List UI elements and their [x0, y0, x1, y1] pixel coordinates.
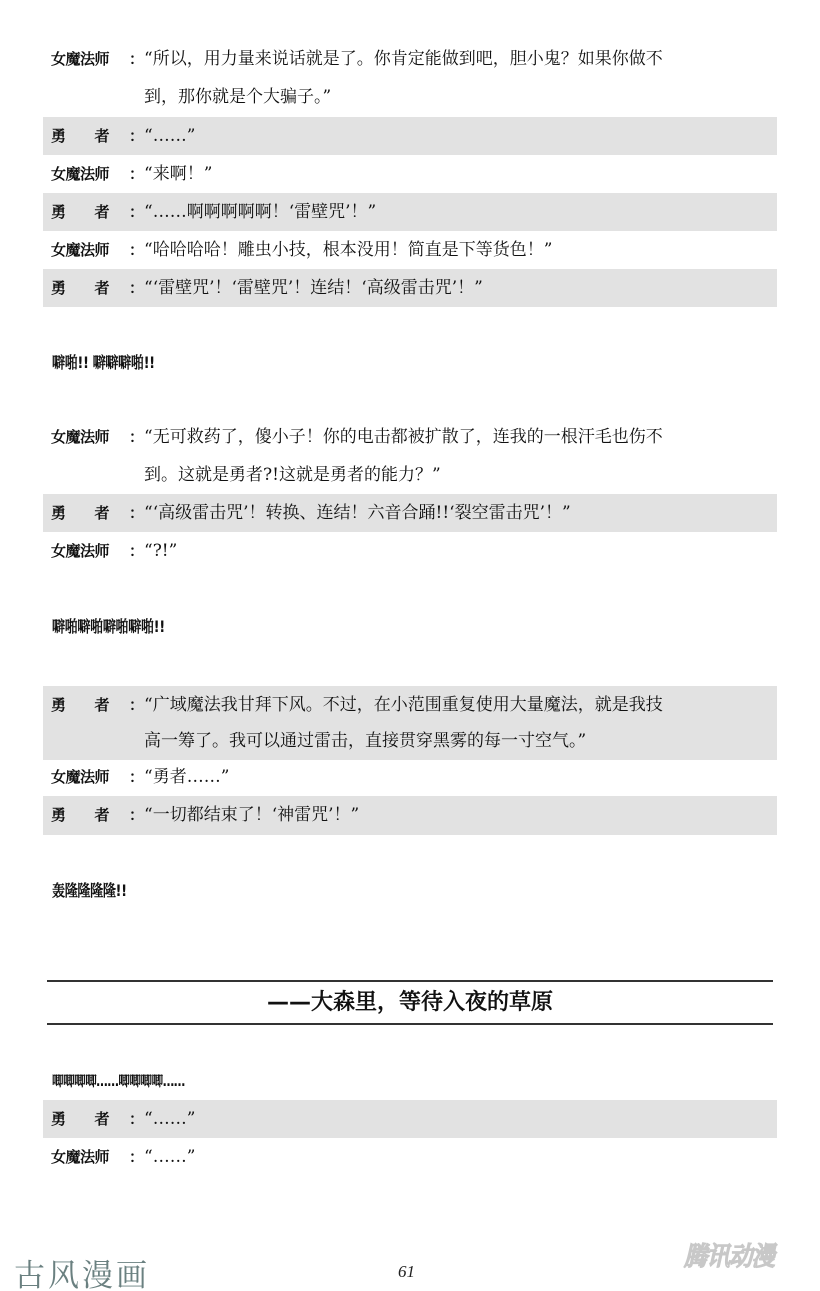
sound-effect: 噼啪噼啪噼啪噼啪!! [52, 614, 165, 637]
watermark-left-logo: 古风漫画 [14, 1250, 150, 1291]
speaker-label: 女魔法师： [51, 532, 141, 570]
speaker-label: 勇 者： [51, 117, 141, 155]
dialogue-text: “无可救药了，傻小子！你的电击都被扩散了，连我的一根汗毛也伤不 [144, 418, 773, 456]
speaker-label: 勇 者： [51, 269, 141, 307]
dialogue-line: 女魔法师： “所以，用力量来说话就是了。你肯定能做到吧，胆小鬼？如果你做不 到，… [43, 40, 777, 116]
dialogue-line: 女魔法师： “无可救药了，傻小子！你的电击都被扩散了，连我的一根汗毛也伤不 到。… [43, 418, 777, 494]
heading-rule-bottom [47, 1023, 773, 1025]
speaker-label: 女魔法师： [51, 231, 141, 269]
speaker-label: 勇 者： [51, 193, 141, 231]
heading-rule-top [47, 980, 773, 982]
sound-effect: 轰隆隆隆隆!! [52, 878, 127, 901]
sound-effect: 唧唧唧唧……唧唧唧唧…… [52, 1071, 185, 1091]
dialogue-text: “勇者……” [144, 758, 773, 796]
dialogue-text: “来啊！” [144, 155, 773, 193]
dialogue-text: “广域魔法我甘拜下风。不过，在小范围重复使用大量魔法，就是我技 [144, 686, 773, 724]
dialogue-line: 女魔法师： “来啊！” [43, 155, 777, 193]
dialogue-text: “所以，用力量来说话就是了。你肯定能做到吧，胆小鬼？如果你做不 [144, 40, 773, 78]
dialogue-line: 女魔法师： “?!” [43, 532, 777, 570]
dialogue-line: 勇 者： “……” [43, 1100, 777, 1138]
dialogue-text: “……” [144, 1100, 773, 1138]
dialogue-text: “一切都结束了！‘神雷咒’！” [144, 796, 773, 834]
speaker-label: 女魔法师： [51, 1138, 141, 1176]
dialogue-text: “……啊啊啊啊啊！‘雷壁咒’！” [144, 193, 773, 231]
dialogue-text: “?!” [144, 532, 773, 570]
dialogue-line: 勇 者： “一切都结束了！‘神雷咒’！” [43, 796, 777, 835]
dialogue-text: “‘高级雷击咒’！转换、连结！六音合踊!!‘裂空雷击咒’！” [144, 494, 773, 532]
scene-heading: ——大森里，等待入夜的草原 [47, 986, 773, 1020]
dialogue-text: “……” [144, 1138, 773, 1176]
speaker-label: 勇 者： [51, 796, 141, 834]
dialogue-line: 勇 者： “……” [43, 117, 777, 155]
dialogue-line: 女魔法师： “哈哈哈哈！雕虫小技，根本没用！简直是下等货色！” [43, 231, 777, 269]
speaker-label: 女魔法师： [51, 40, 141, 78]
speaker-label: 女魔法师： [51, 758, 141, 796]
dialogue-line: 勇 者： “‘雷壁咒’！‘雷壁咒’！连结！‘高级雷击咒’！” [43, 269, 777, 307]
dialogue-text-continued: 到。这就是勇者?!这就是勇者的能力？” [144, 456, 441, 494]
dialogue-text: “‘雷壁咒’！‘雷壁咒’！连结！‘高级雷击咒’！” [144, 269, 773, 307]
speaker-label: 勇 者： [51, 686, 141, 724]
dialogue-text-continued: 高一筹了。我可以通过雷击，直接贯穿黑雾的每一寸空气。” [144, 722, 586, 760]
speaker-label: 女魔法师： [51, 155, 141, 193]
dialogue-line: 勇 者： “‘高级雷击咒’！转换、连结！六音合踊!!‘裂空雷击咒’！” [43, 494, 777, 532]
dialogue-line: 勇 者： “广域魔法我甘拜下风。不过，在小范围重复使用大量魔法，就是我技 高一筹… [43, 686, 777, 760]
speaker-label: 勇 者： [51, 1100, 141, 1138]
dialogue-line: 勇 者： “……啊啊啊啊啊！‘雷壁咒’！” [43, 193, 777, 231]
dialogue-line: 女魔法师： “……” [43, 1138, 777, 1176]
sound-effect: 噼啪!! 噼噼噼啪!! [52, 350, 155, 373]
speaker-label: 勇 者： [51, 494, 141, 532]
dialogue-line: 女魔法师： “勇者……” [43, 758, 777, 796]
watermark-right-logo: 腾讯动漫 [684, 1236, 774, 1273]
dialogue-text: “哈哈哈哈！雕虫小技，根本没用！简直是下等货色！” [144, 231, 773, 269]
dialogue-text: “……” [144, 117, 773, 155]
page-number: 61 [398, 1262, 415, 1282]
dialogue-text-continued: 到，那你就是个大骗子。” [144, 78, 331, 116]
speaker-label: 女魔法师： [51, 418, 141, 456]
